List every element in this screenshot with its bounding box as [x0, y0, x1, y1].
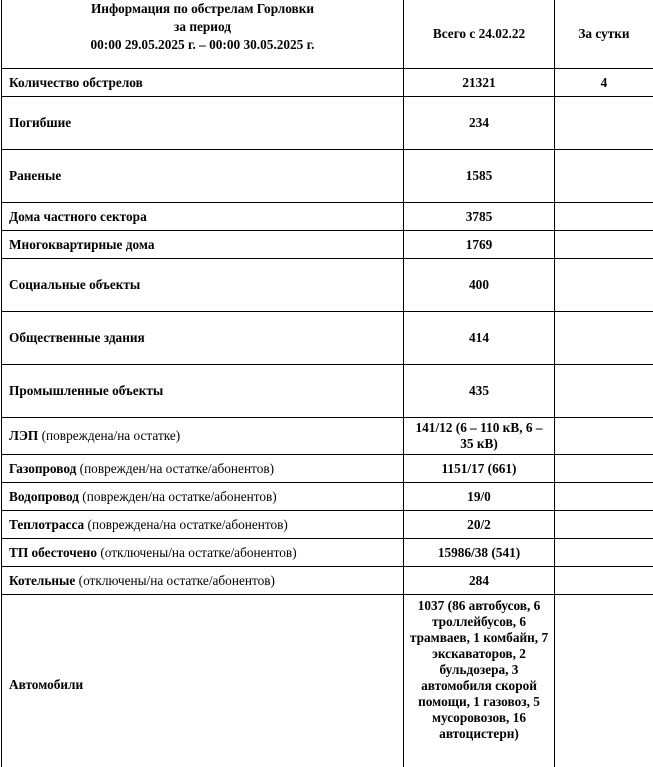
row-label: ТП обесточено (отключены/на остатке/абон… [2, 539, 404, 567]
column-header-day: За сутки [555, 0, 653, 69]
row-total-value: 414 [404, 312, 555, 365]
row-total-value: 1769 [404, 231, 555, 259]
row-label: ЛЭП (повреждена/на остатке) [2, 418, 404, 455]
row-label: Промышленные объекты [2, 365, 404, 418]
table-row: Теплотрасса (повреждена/на остатке/абоне… [2, 511, 653, 539]
column-header-total: Всего с 24.02.22 [404, 0, 555, 69]
table-row: ЛЭП (повреждена/на остатке) 141/12 (6 – … [2, 418, 653, 455]
row-day-value [555, 539, 653, 567]
table-row: Промышленные объекты 435 [2, 365, 653, 418]
row-total-value: 234 [404, 97, 555, 150]
table-row: Дома частного сектора 3785 [2, 203, 653, 231]
table-row: ТП обесточено (отключены/на остатке/абон… [2, 539, 653, 567]
row-total-value: 1151/17 (661) [404, 455, 555, 483]
row-day-value: 4 [555, 69, 653, 97]
row-total-value: 20/2 [404, 511, 555, 539]
row-day-value [555, 511, 653, 539]
row-total-value: 141/12 (6 – 110 кВ, 6 – 35 кВ) [404, 418, 555, 455]
row-total-value: 400 [404, 259, 555, 312]
table-row: Котельные (отключены/на остатке/абоненто… [2, 567, 653, 595]
row-label: Теплотрасса (повреждена/на остатке/абоне… [2, 511, 404, 539]
report-period: 00:00 29.05.2025 г. – 00:00 30.05.2025 г… [9, 36, 396, 54]
row-total-value: 21321 [404, 69, 555, 97]
report-title: Информация по обстрелам Горловки за пери… [2, 0, 404, 69]
row-day-value [555, 203, 653, 231]
row-total-value: 19/0 [404, 483, 555, 511]
row-label: Погибшие [2, 97, 404, 150]
row-label: Многоквартирные дома [2, 231, 404, 259]
row-day-value [555, 455, 653, 483]
row-label: Дома частного сектора [2, 203, 404, 231]
table-row: Количество обстрелов 21321 4 [2, 69, 653, 97]
row-day-value [555, 150, 653, 203]
table-row: Погибшие 234 [2, 97, 653, 150]
row-total-value: 284 [404, 567, 555, 595]
table-row: Общественные здания 414 [2, 312, 653, 365]
table-header-row: Информация по обстрелам Горловки за пери… [2, 0, 653, 69]
row-label: Раненые [2, 150, 404, 203]
row-label: Автомобили [2, 595, 404, 767]
row-total-value: 435 [404, 365, 555, 418]
table-row: Водопровод (поврежден/на остатке/абонент… [2, 483, 653, 511]
row-total-value: 3785 [404, 203, 555, 231]
row-day-value [555, 231, 653, 259]
row-label: Котельные (отключены/на остатке/абоненто… [2, 567, 404, 595]
row-label: Газопровод (поврежден/на остатке/абонент… [2, 455, 404, 483]
row-day-value [555, 483, 653, 511]
row-day-value [555, 365, 653, 418]
table-row: Раненые 1585 [2, 150, 653, 203]
row-label: Водопровод (поврежден/на остатке/абонент… [2, 483, 404, 511]
report-title-line: за период [9, 18, 396, 36]
row-day-value [555, 595, 653, 767]
row-total-value: 15986/38 (541) [404, 539, 555, 567]
row-day-value [555, 312, 653, 365]
row-label: Социальные объекты [2, 259, 404, 312]
row-label: Количество обстрелов [2, 69, 404, 97]
table-row: Многоквартирные дома 1769 [2, 231, 653, 259]
table-row: Газопровод (поврежден/на остатке/абонент… [2, 455, 653, 483]
row-day-value [555, 259, 653, 312]
report-title-line: Информация по обстрелам Горловки [9, 0, 396, 18]
row-day-value [555, 418, 653, 455]
row-total-value: 1585 [404, 150, 555, 203]
row-day-value [555, 97, 653, 150]
row-label: Общественные здания [2, 312, 404, 365]
row-total-value: 1037 (86 автобусов, 6 троллейбусов, 6 тр… [404, 595, 555, 767]
table-row: Автомобили 1037 (86 автобусов, 6 троллей… [2, 595, 653, 767]
table-row: Социальные объекты 400 [2, 259, 653, 312]
row-day-value [555, 567, 653, 595]
shelling-report-table: Информация по обстрелам Горловки за пери… [1, 0, 653, 767]
